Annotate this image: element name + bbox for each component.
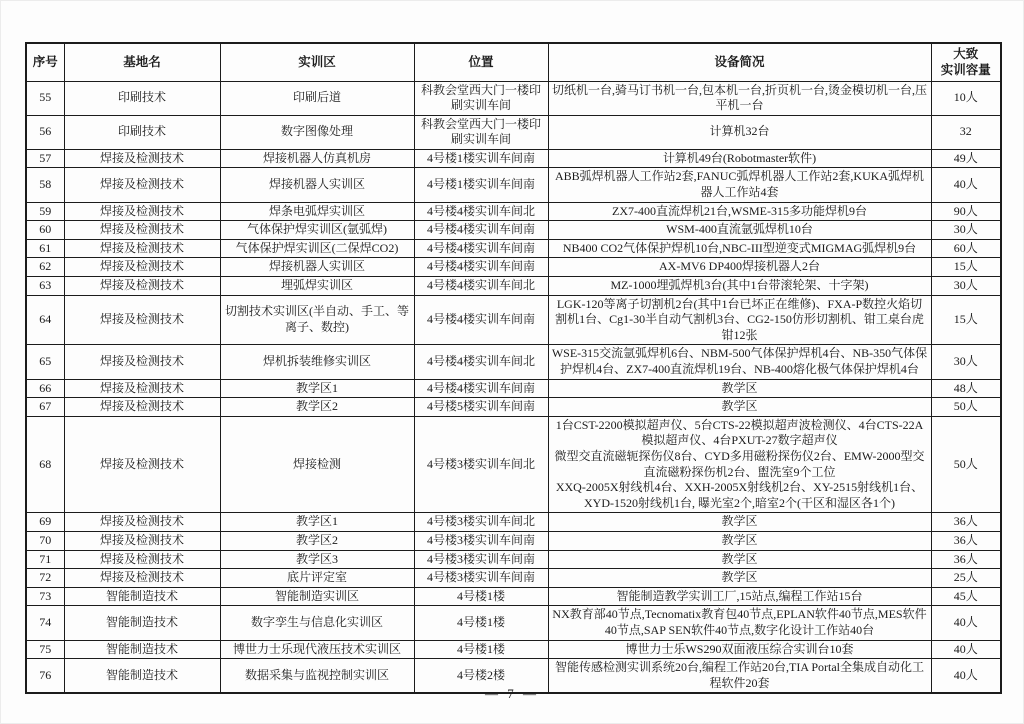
cell-base-name: 焊接及检测技术	[64, 379, 220, 398]
cell-location: 4号楼4楼实训车间北	[414, 202, 548, 221]
cell-capacity: 25人	[931, 569, 1001, 588]
cell-capacity: 30人	[931, 277, 1001, 296]
cell-base-name: 焊接及检测技术	[64, 202, 220, 221]
table-row: 75 智能制造技术 博世力士乐现代液压技术实训区 4号楼1楼 博世力士乐WS29…	[26, 640, 1001, 659]
table-row: 61 焊接及检测技术 气体保护焊实训区(二保焊CO2) 4号楼4楼实训车间南 N…	[26, 239, 1001, 258]
cell-training-area: 焊接机器人实训区	[220, 168, 414, 202]
cell-equipment: 教学区	[548, 550, 931, 569]
cell-training-area: 底片评定室	[220, 569, 414, 588]
cell-capacity: 30人	[931, 221, 1001, 240]
cell-capacity: 40人	[931, 168, 1001, 202]
table-row: 67 焊接及检测技术 教学区2 4号楼5楼实训车间南 教学区 50人	[26, 398, 1001, 417]
table-row: 74 智能制造技术 数字孪生与信息化实训区 4号楼1楼 NX教育部40节点,Te…	[26, 606, 1001, 640]
cell-no: 59	[26, 202, 64, 221]
cell-capacity: 36人	[931, 550, 1001, 569]
cell-training-area: 数字孪生与信息化实训区	[220, 606, 414, 640]
page-number: — 7 —	[0, 686, 1024, 702]
cell-base-name: 焊接及检测技术	[64, 239, 220, 258]
cell-no: 64	[26, 295, 64, 345]
table-row: 62 焊接及检测技术 焊接机器人实训区 4号楼4楼实训车间南 AX-MV6 DP…	[26, 258, 1001, 277]
cell-training-area: 教学区1	[220, 513, 414, 532]
cell-base-name: 印刷技术	[64, 115, 220, 149]
cell-training-area: 焊接机器人实训区	[220, 258, 414, 277]
cell-location: 4号楼1楼	[414, 587, 548, 606]
cell-capacity: 30人	[931, 345, 1001, 379]
cell-equipment: 教学区	[548, 379, 931, 398]
cell-no: 57	[26, 149, 64, 168]
cell-base-name: 焊接及检测技术	[64, 416, 220, 513]
cell-capacity: 40人	[931, 640, 1001, 659]
cell-training-area: 焊接检测	[220, 416, 414, 513]
header-no: 序号	[26, 43, 64, 81]
cell-location: 4号楼4楼实训车间南	[414, 379, 548, 398]
cell-location: 科教会堂西大门一楼印刷实训车间	[414, 115, 548, 149]
cell-equipment: 智能制造教学实训工厂,15站点,编程工作站15台	[548, 587, 931, 606]
cell-equipment: 计算机32台	[548, 115, 931, 149]
cell-base-name: 焊接及检测技术	[64, 398, 220, 417]
cell-equipment: 1台CST-2200模拟超声仪、5台CTS-22模拟超声波检测仪、4台CTS-2…	[548, 416, 931, 513]
table-row: 71 焊接及检测技术 教学区3 4号楼3楼实训车间南 教学区 36人	[26, 550, 1001, 569]
table-row: 58 焊接及检测技术 焊接机器人实训区 4号楼1楼实训车间南 ABB弧焊机器人工…	[26, 168, 1001, 202]
cell-base-name: 焊接及检测技术	[64, 295, 220, 345]
cell-location: 4号楼3楼实训车间北	[414, 513, 548, 532]
cell-equipment: 切纸机一台,骑马订书机一台,包本机一台,折页机一台,烫金模切机一台,压平机一台	[548, 81, 931, 115]
cell-equipment: WSE-315交流氩弧焊机6台、NBM-500气体保护焊机4台、NB-350气体…	[548, 345, 931, 379]
cell-base-name: 焊接及检测技术	[64, 258, 220, 277]
cell-capacity: 36人	[931, 513, 1001, 532]
cell-base-name: 焊接及检测技术	[64, 168, 220, 202]
cell-no: 62	[26, 258, 64, 277]
cell-training-area: 埋弧焊实训区	[220, 277, 414, 296]
cell-base-name: 焊接及检测技术	[64, 277, 220, 296]
cell-training-area: 切割技术实训区(半自动、手工、等离子、数控)	[220, 295, 414, 345]
cell-capacity: 50人	[931, 398, 1001, 417]
cell-capacity: 40人	[931, 606, 1001, 640]
cell-base-name: 焊接及检测技术	[64, 513, 220, 532]
cell-capacity: 32	[931, 115, 1001, 149]
cell-training-area: 焊机拆装维修实训区	[220, 345, 414, 379]
cell-no: 58	[26, 168, 64, 202]
cell-capacity: 36人	[931, 531, 1001, 550]
cell-no: 73	[26, 587, 64, 606]
cell-base-name: 智能制造技术	[64, 587, 220, 606]
cell-base-name: 焊接及检测技术	[64, 149, 220, 168]
table-row: 72 焊接及检测技术 底片评定室 4号楼3楼实训车间南 教学区 25人	[26, 569, 1001, 588]
cell-no: 55	[26, 81, 64, 115]
cell-location: 4号楼1楼	[414, 640, 548, 659]
document-page: 序号 基地名 实训区 位置 设备简况 大致 实训容量 55 印刷技术 印刷后道 …	[0, 0, 1024, 724]
cell-equipment: ZX7-400直流焊机21台,WSME-315多功能焊机9台	[548, 202, 931, 221]
cell-base-name: 焊接及检测技术	[64, 221, 220, 240]
cell-equipment: 教学区	[548, 398, 931, 417]
cell-capacity: 10人	[931, 81, 1001, 115]
cell-capacity: 90人	[931, 202, 1001, 221]
cell-training-area: 教学区3	[220, 550, 414, 569]
cell-no: 69	[26, 513, 64, 532]
cell-training-area: 智能制造实训区	[220, 587, 414, 606]
cell-location: 4号楼4楼实训车间北	[414, 277, 548, 296]
cell-location: 4号楼4楼实训车间北	[414, 345, 548, 379]
cell-equipment: WSM-400直流氩弧焊机10台	[548, 221, 931, 240]
cell-training-area: 教学区2	[220, 531, 414, 550]
table-row: 66 焊接及检测技术 教学区1 4号楼4楼实训车间南 教学区 48人	[26, 379, 1001, 398]
cell-base-name: 智能制造技术	[64, 640, 220, 659]
cell-equipment: NB400 CO2气体保护焊机10台,NBC-III型逆变式MIGMAG弧焊机9…	[548, 239, 931, 258]
cell-location: 4号楼4楼实训车间南	[414, 239, 548, 258]
header-training-area: 实训区	[220, 43, 414, 81]
cell-base-name: 焊接及检测技术	[64, 550, 220, 569]
cell-equipment: 博世力士乐WS290双面液压综合实训台10套	[548, 640, 931, 659]
table-header-row: 序号 基地名 实训区 位置 设备简况 大致 实训容量	[26, 43, 1001, 81]
cell-no: 67	[26, 398, 64, 417]
cell-base-name: 焊接及检测技术	[64, 345, 220, 379]
table-row: 56 印刷技术 数字图像处理 科教会堂西大门一楼印刷实训车间 计算机32台 32	[26, 115, 1001, 149]
cell-no: 72	[26, 569, 64, 588]
cell-equipment: NX教育部40节点,Tecnomatix教育包40节点,EPLAN软件40节点,…	[548, 606, 931, 640]
table-body: 55 印刷技术 印刷后道 科教会堂西大门一楼印刷实训车间 切纸机一台,骑马订书机…	[26, 81, 1001, 693]
cell-training-area: 气体保护焊实训区(二保焊CO2)	[220, 239, 414, 258]
cell-location: 4号楼4楼实训车间南	[414, 221, 548, 240]
cell-no: 71	[26, 550, 64, 569]
cell-base-name: 焊接及检测技术	[64, 569, 220, 588]
table-row: 73 智能制造技术 智能制造实训区 4号楼1楼 智能制造教学实训工厂,15站点,…	[26, 587, 1001, 606]
cell-training-area: 教学区1	[220, 379, 414, 398]
cell-location: 4号楼3楼实训车间南	[414, 531, 548, 550]
table-row: 57 焊接及检测技术 焊接机器人仿真机房 4号楼1楼实训车间南 计算机49台(R…	[26, 149, 1001, 168]
cell-location: 4号楼3楼实训车间北	[414, 416, 548, 513]
cell-no: 70	[26, 531, 64, 550]
cell-capacity: 49人	[931, 149, 1001, 168]
table-row: 63 焊接及检测技术 埋弧焊实训区 4号楼4楼实训车间北 MZ-1000埋弧焊机…	[26, 277, 1001, 296]
cell-capacity: 60人	[931, 239, 1001, 258]
cell-location: 4号楼1楼实训车间南	[414, 149, 548, 168]
table-row: 65 焊接及检测技术 焊机拆装维修实训区 4号楼4楼实训车间北 WSE-315交…	[26, 345, 1001, 379]
table-row: 68 焊接及检测技术 焊接检测 4号楼3楼实训车间北 1台CST-2200模拟超…	[26, 416, 1001, 513]
cell-capacity: 45人	[931, 587, 1001, 606]
cell-capacity: 15人	[931, 258, 1001, 277]
cell-location: 4号楼1楼实训车间南	[414, 168, 548, 202]
cell-no: 74	[26, 606, 64, 640]
cell-base-name: 焊接及检测技术	[64, 531, 220, 550]
cell-equipment: MZ-1000埋弧焊机3台(其中1台带滚轮架、十字架)	[548, 277, 931, 296]
cell-base-name: 印刷技术	[64, 81, 220, 115]
header-equipment: 设备简况	[548, 43, 931, 81]
table-row: 60 焊接及检测技术 气体保护焊实训区(氩弧焊) 4号楼4楼实训车间南 WSM-…	[26, 221, 1001, 240]
cell-equipment: 计算机49台(Robotmaster软件)	[548, 149, 931, 168]
cell-no: 56	[26, 115, 64, 149]
cell-no: 63	[26, 277, 64, 296]
cell-equipment: ABB弧焊机器人工作站2套,FANUC弧焊机器人工作站2套,KUKA弧焊机器人工…	[548, 168, 931, 202]
cell-capacity: 50人	[931, 416, 1001, 513]
cell-no: 61	[26, 239, 64, 258]
cell-location: 4号楼4楼实训车间南	[414, 258, 548, 277]
cell-training-area: 博世力士乐现代液压技术实训区	[220, 640, 414, 659]
cell-training-area: 印刷后道	[220, 81, 414, 115]
cell-training-area: 教学区2	[220, 398, 414, 417]
cell-no: 66	[26, 379, 64, 398]
cell-equipment: LGK-120等离子切割机2台(其中1台已坏正在维修)、FXA-P数控火焰切割机…	[548, 295, 931, 345]
cell-training-area: 焊接机器人仿真机房	[220, 149, 414, 168]
cell-location: 4号楼1楼	[414, 606, 548, 640]
cell-training-area: 气体保护焊实训区(氩弧焊)	[220, 221, 414, 240]
cell-no: 65	[26, 345, 64, 379]
table-row: 69 焊接及检测技术 教学区1 4号楼3楼实训车间北 教学区 36人	[26, 513, 1001, 532]
cell-no: 60	[26, 221, 64, 240]
cell-training-area: 焊条电弧焊实训区	[220, 202, 414, 221]
table-row: 59 焊接及检测技术 焊条电弧焊实训区 4号楼4楼实训车间北 ZX7-400直流…	[26, 202, 1001, 221]
table-row: 64 焊接及检测技术 切割技术实训区(半自动、手工、等离子、数控) 4号楼4楼实…	[26, 295, 1001, 345]
cell-location: 4号楼3楼实训车间南	[414, 569, 548, 588]
cell-no: 68	[26, 416, 64, 513]
cell-capacity: 48人	[931, 379, 1001, 398]
cell-location: 4号楼3楼实训车间南	[414, 550, 548, 569]
cell-equipment: 教学区	[548, 569, 931, 588]
table-row: 55 印刷技术 印刷后道 科教会堂西大门一楼印刷实训车间 切纸机一台,骑马订书机…	[26, 81, 1001, 115]
cell-location: 4号楼5楼实训车间南	[414, 398, 548, 417]
cell-equipment: 教学区	[548, 531, 931, 550]
header-base-name: 基地名	[64, 43, 220, 81]
training-base-table: 序号 基地名 实训区 位置 设备简况 大致 实训容量 55 印刷技术 印刷后道 …	[25, 42, 1002, 694]
cell-no: 75	[26, 640, 64, 659]
cell-training-area: 数字图像处理	[220, 115, 414, 149]
cell-base-name: 智能制造技术	[64, 606, 220, 640]
cell-location: 科教会堂西大门一楼印刷实训车间	[414, 81, 548, 115]
cell-capacity: 15人	[931, 295, 1001, 345]
header-location: 位置	[414, 43, 548, 81]
table-row: 70 焊接及检测技术 教学区2 4号楼3楼实训车间南 教学区 36人	[26, 531, 1001, 550]
cell-equipment: 教学区	[548, 513, 931, 532]
cell-location: 4号楼4楼实训车间南	[414, 295, 548, 345]
cell-equipment: AX-MV6 DP400焊接机器人2台	[548, 258, 931, 277]
header-capacity: 大致 实训容量	[931, 43, 1001, 81]
